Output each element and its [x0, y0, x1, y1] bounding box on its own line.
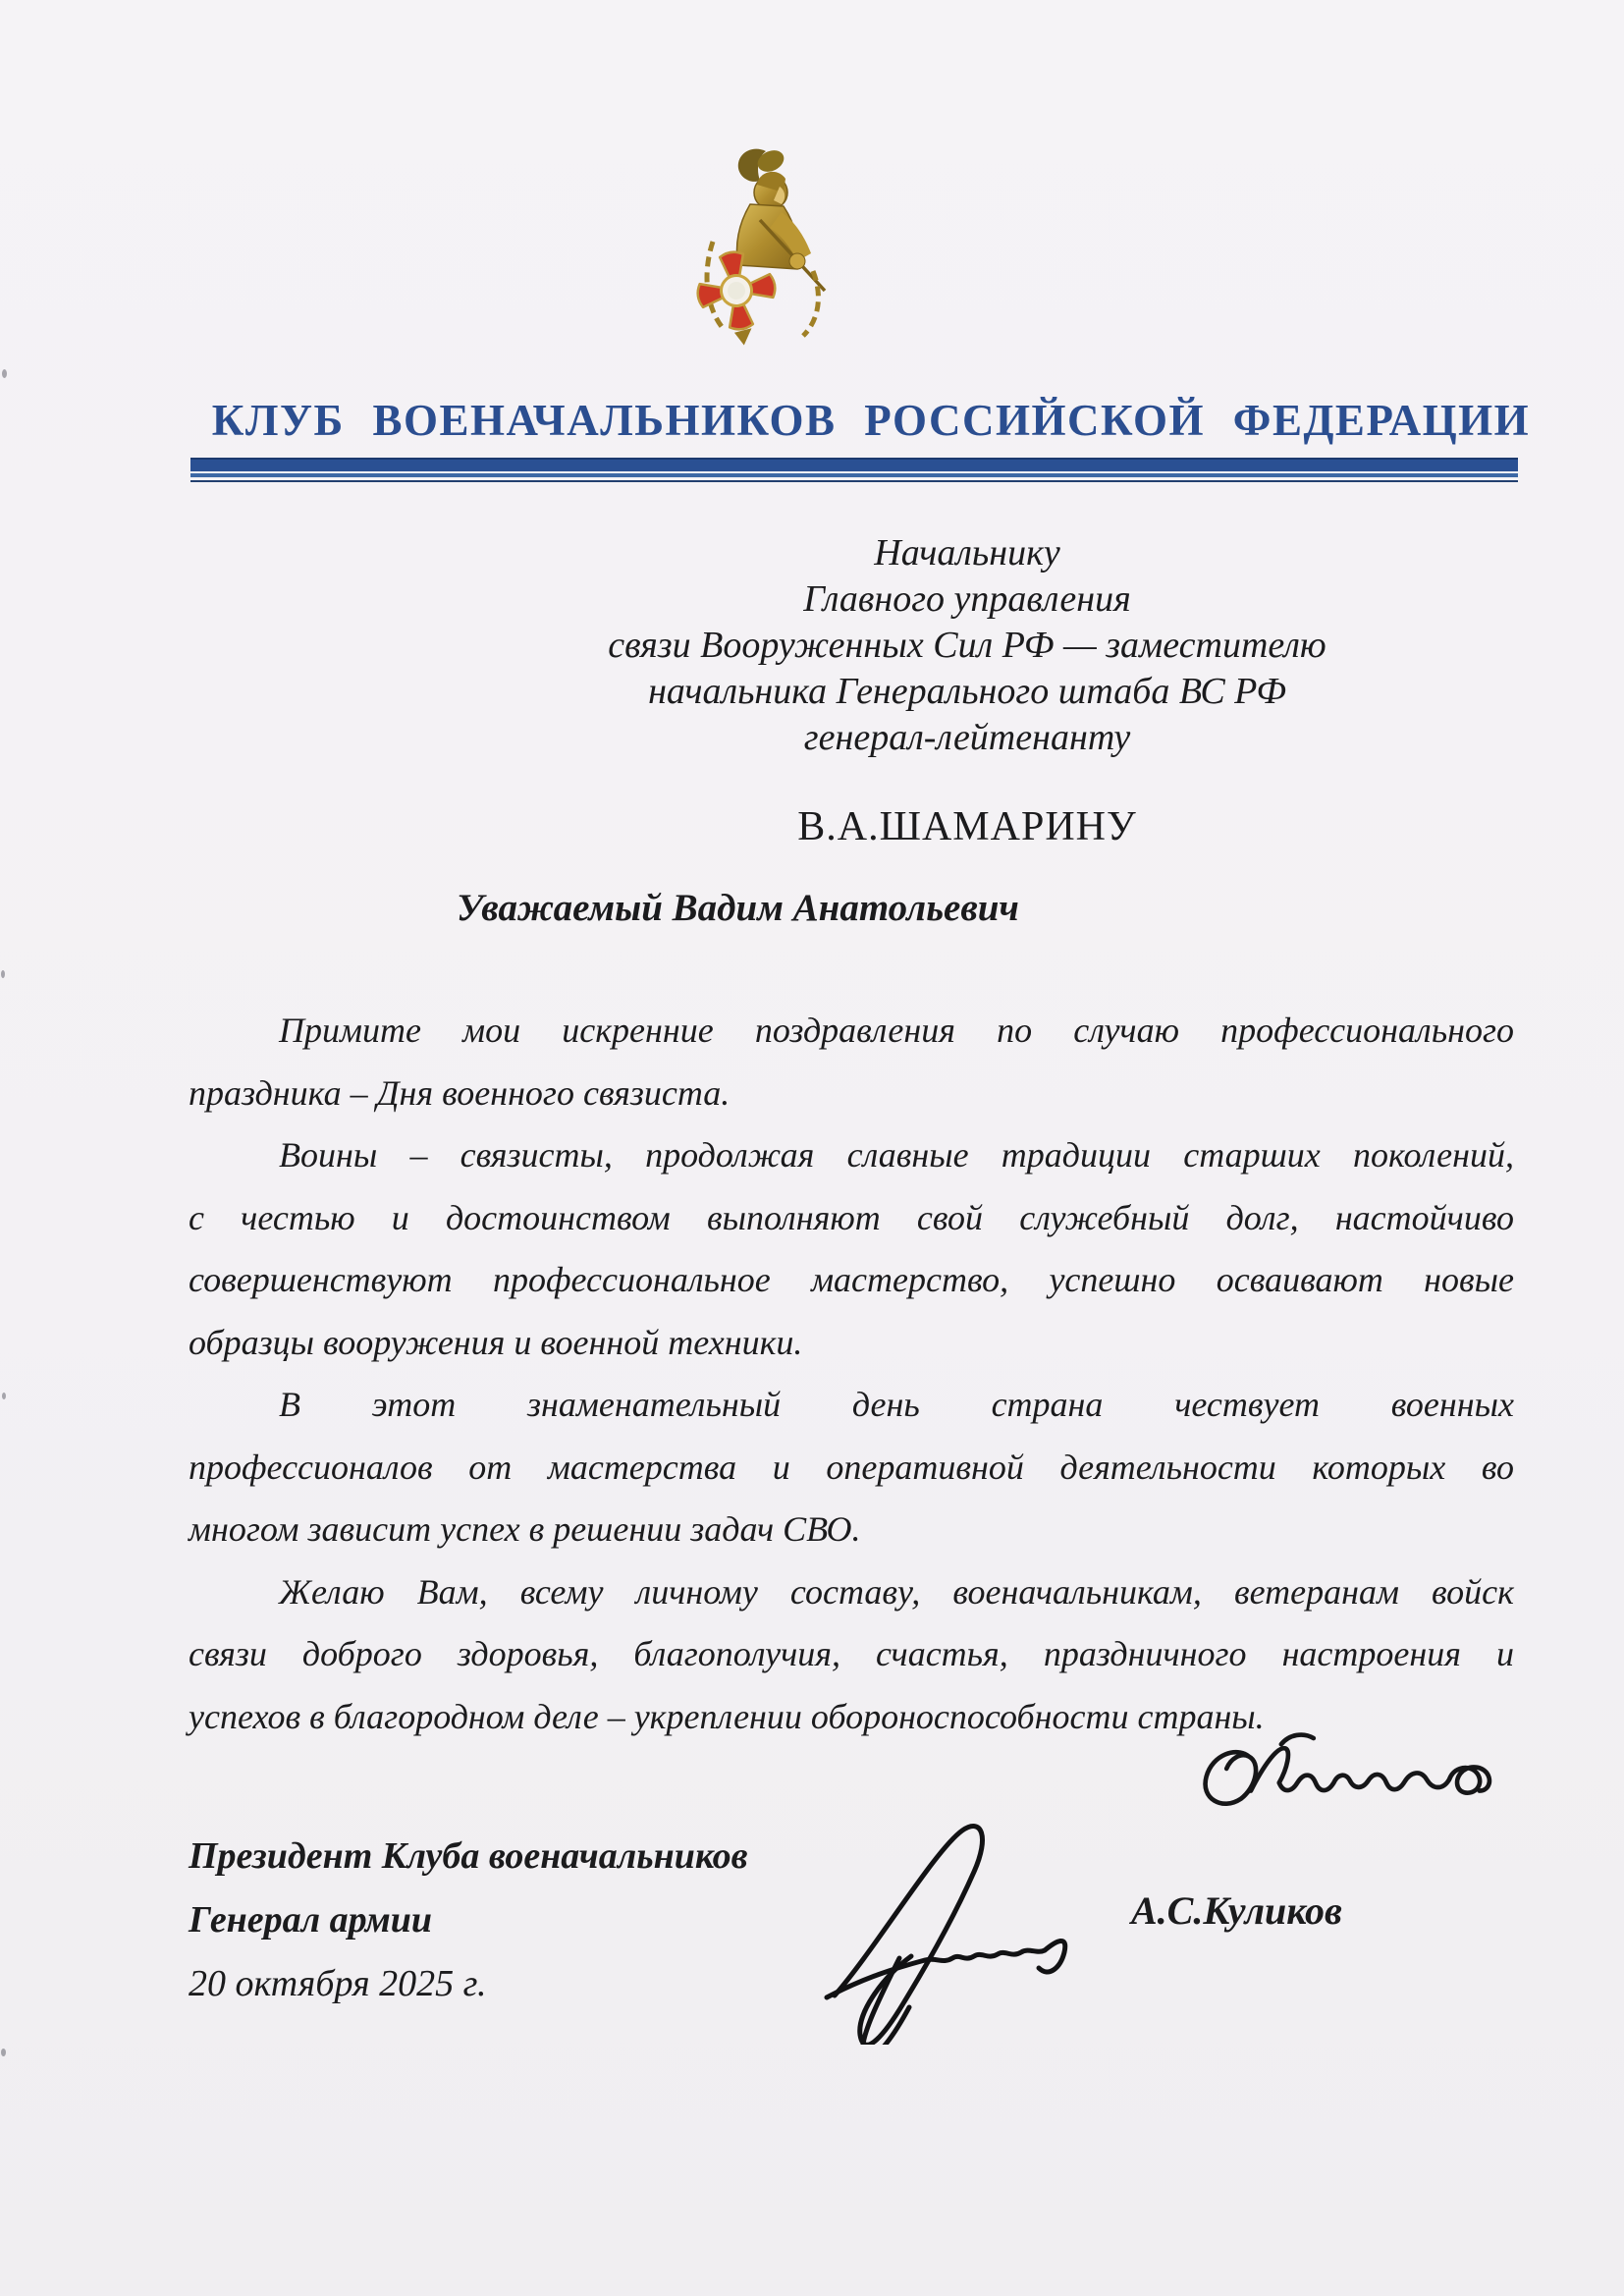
salutation: Уважаемый Вадим Анатольевич: [457, 886, 1019, 930]
recipient-line: начальника Генерального штаба ВС РФ: [511, 669, 1424, 715]
recipient-line: Главного управления: [511, 576, 1424, 623]
scan-artifact: [1, 970, 5, 978]
letter-page: КЛУБ ВОЕНАЧАЛЬНИКОВ РОССИЙСКОЙ ФЕДЕРАЦИИ…: [0, 0, 1624, 2296]
scan-artifact: [2, 1393, 6, 1399]
signature-autograph: [805, 1809, 1110, 2045]
recipient-address: НачальникуГлавного управлениясвязи Воору…: [511, 530, 1424, 761]
rule-mid-line: [190, 473, 1518, 477]
recipient-line: Начальнику: [511, 530, 1424, 576]
body-line: праздника – Дня военного связиста.: [189, 1063, 1514, 1125]
club-emblem-icon: [676, 143, 847, 350]
recipient-name: В.А.ШАМАРИНУ: [511, 803, 1424, 850]
signature-block: Президент Клуба военачальников Генерал а…: [189, 1825, 748, 2016]
body-line: образцы вооружения и военной техники.: [189, 1312, 1514, 1375]
rule-thick-bar: [190, 458, 1518, 471]
handwritten-note-obnimayu: [1186, 1717, 1520, 1825]
recipient-line: связи Вооруженных Сил РФ — заместителю: [511, 623, 1424, 669]
signer-rank: Генерал армии: [189, 1888, 748, 1952]
body-line: совершенствуют профессиональное мастерст…: [189, 1249, 1514, 1312]
body-line: с честью и достоинством выполняют свой с…: [189, 1187, 1514, 1250]
header-rule: [190, 458, 1518, 482]
signer-title: Президент Клуба военачальников: [189, 1825, 748, 1888]
body-line: В этот знаменательный день страна честву…: [189, 1374, 1514, 1437]
letter-body: Примите мои искренние поздравления по сл…: [189, 1000, 1514, 1748]
scan-artifact: [2, 369, 7, 378]
body-line: Желаю Вам, всему личному составу, военач…: [189, 1561, 1514, 1624]
body-line: многом зависит успех в решении задач СВО…: [189, 1499, 1514, 1561]
rule-thin-line: [190, 480, 1518, 482]
body-line: связи доброго здоровья, благополучия, сч…: [189, 1623, 1514, 1686]
org-title: КЛУБ ВОЕНАЧАЛЬНИКОВ РОССИЙСКОЙ ФЕДЕРАЦИИ: [157, 395, 1585, 446]
recipient-line: генерал-лейтенанту: [511, 715, 1424, 761]
signer-name: А.С.Куликов: [1131, 1887, 1342, 1934]
body-line: Воины – связисты, продолжая славные трад…: [189, 1124, 1514, 1187]
body-line: профессионалов от мастерства и оперативн…: [189, 1437, 1514, 1500]
scan-artifact: [1, 2049, 6, 2056]
letter-date: 20 октября 2025 г.: [189, 1952, 748, 2016]
body-line: Примите мои искренние поздравления по сл…: [189, 1000, 1514, 1063]
